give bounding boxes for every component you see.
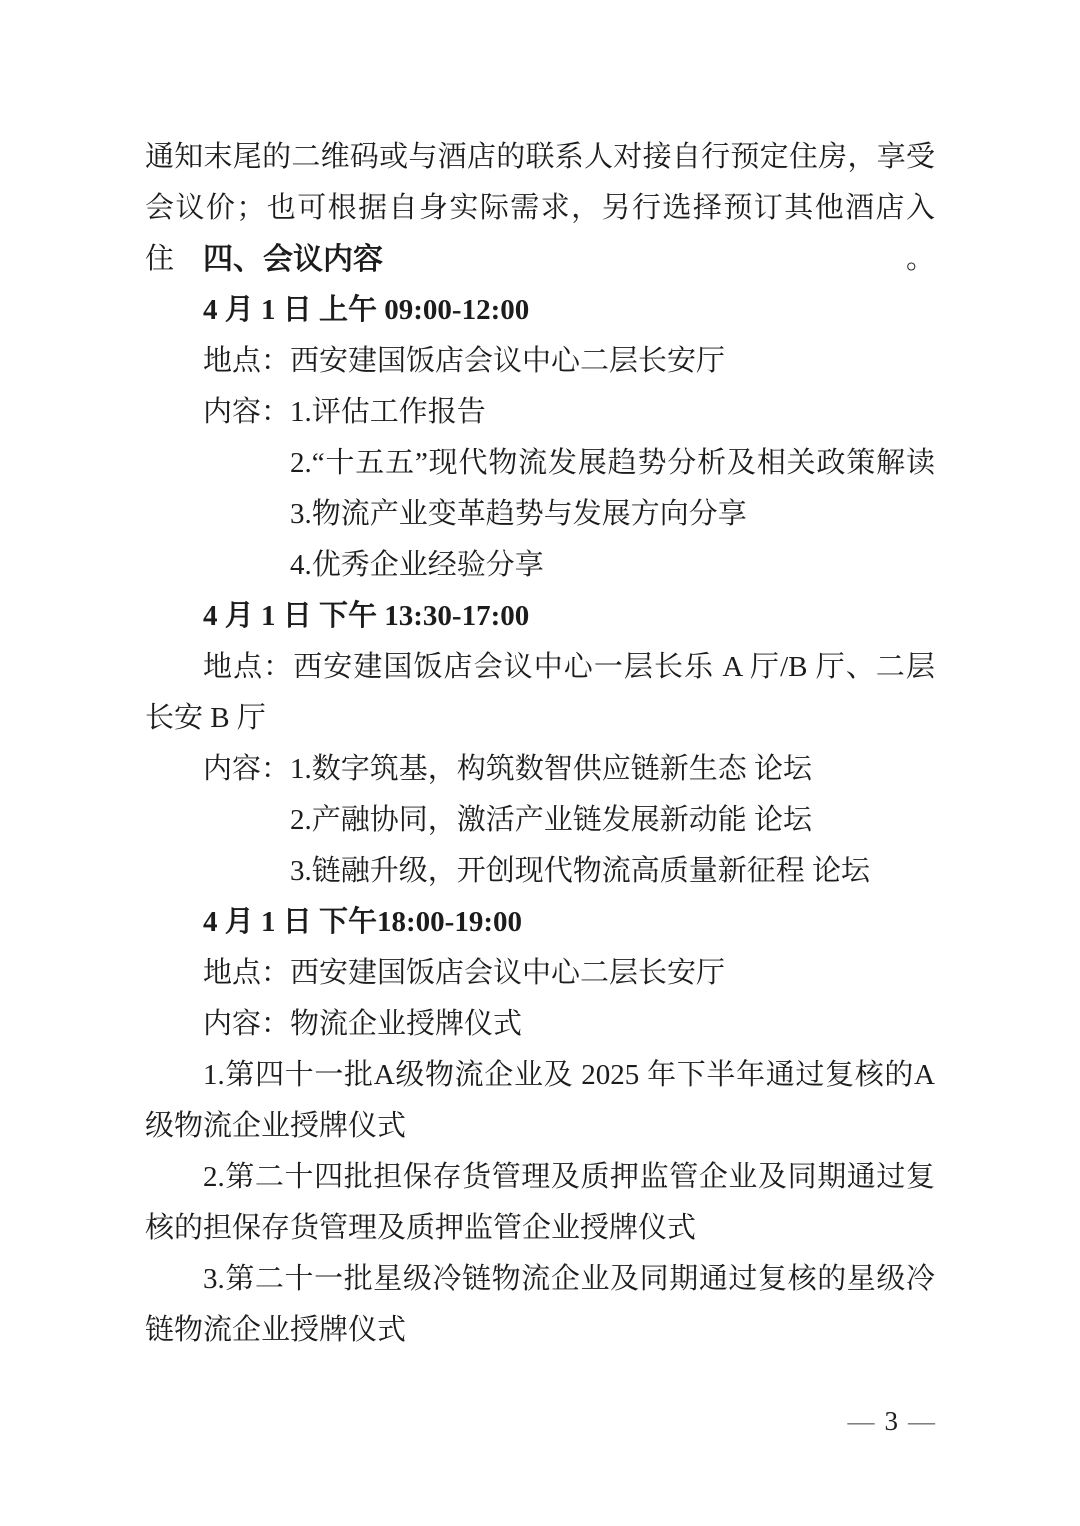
- page-number-value: 3: [875, 1406, 909, 1436]
- venue-line-evening: 地点：西安建国饭店会议中心二层长安厅: [145, 948, 935, 999]
- content-line-morning-item-1: 内容：1.评估工作报告: [145, 387, 935, 438]
- booking-paragraph-line-1: 通知末尾的二维码或与酒店的联系人对接自行预定住房，享受: [145, 132, 935, 183]
- content-line-afternoon-item-1: 内容：1.数字筑基，构筑数智供应链新生态 论坛: [145, 744, 935, 795]
- date-heading-afternoon: 4 月 1 日 下午 13:30-17:00: [145, 591, 935, 642]
- agenda-item-morning-3: 3.物流产业变革趋势与发展方向分享: [145, 489, 935, 540]
- ceremony-a-line-1: 1.第四十一批A级物流企业及 2025 年下半年通过复核的A: [145, 1050, 935, 1101]
- page-number-dash-left: —: [848, 1406, 875, 1436]
- venue-line-afternoon-1: 地点：西安建国饭店会议中心一层长乐 A 厅/B 厅、二层: [145, 642, 935, 693]
- ceremony-b-line-1: 2.第二十四批担保存货管理及质押监管企业及同期通过复: [145, 1152, 935, 1203]
- agenda-item-morning-4: 4.优秀企业经验分享: [145, 540, 935, 591]
- ceremony-a-line-2: 级物流企业授牌仪式: [145, 1101, 935, 1152]
- booking-paragraph-line-2: 会议价；也可根据自身实际需求，另行选择预订其他酒店入住。: [145, 183, 935, 234]
- page-number: —3—: [145, 1361, 935, 1481]
- venue-line-morning: 地点：西安建国饭店会议中心二层长安厅: [145, 336, 935, 387]
- date-heading-evening: 4 月 1 日 下午18:00-19:00: [145, 897, 935, 948]
- agenda-item-afternoon-2: 2.产融协同，激活产业链发展新动能 论坛: [145, 795, 935, 846]
- date-heading-morning: 4 月 1 日 上午 09:00-12:00: [145, 285, 935, 336]
- ceremony-c-line-2: 链物流企业授牌仪式: [145, 1305, 935, 1356]
- ceremony-c-line-1: 3.第二十一批星级冷链物流企业及同期通过复核的星级冷: [145, 1254, 935, 1305]
- content-line-evening: 内容：物流企业授牌仪式: [145, 999, 935, 1050]
- ceremony-b-line-2: 核的担保存货管理及质押监管企业授牌仪式: [145, 1203, 935, 1254]
- agenda-item-afternoon-3: 3.链融升级，开创现代物流高质量新征程 论坛: [145, 846, 935, 897]
- venue-line-afternoon-2: 长安 B 厅: [145, 693, 935, 744]
- agenda-item-morning-2: 2.“十五五”现代物流发展趋势分析及相关政策解读: [145, 438, 935, 489]
- page-number-dash-right: —: [908, 1406, 935, 1436]
- document-page: 通知末尾的二维码或与酒店的联系人对接自行预定住房，享受 会议价；也可根据自身实际…: [0, 0, 1080, 1526]
